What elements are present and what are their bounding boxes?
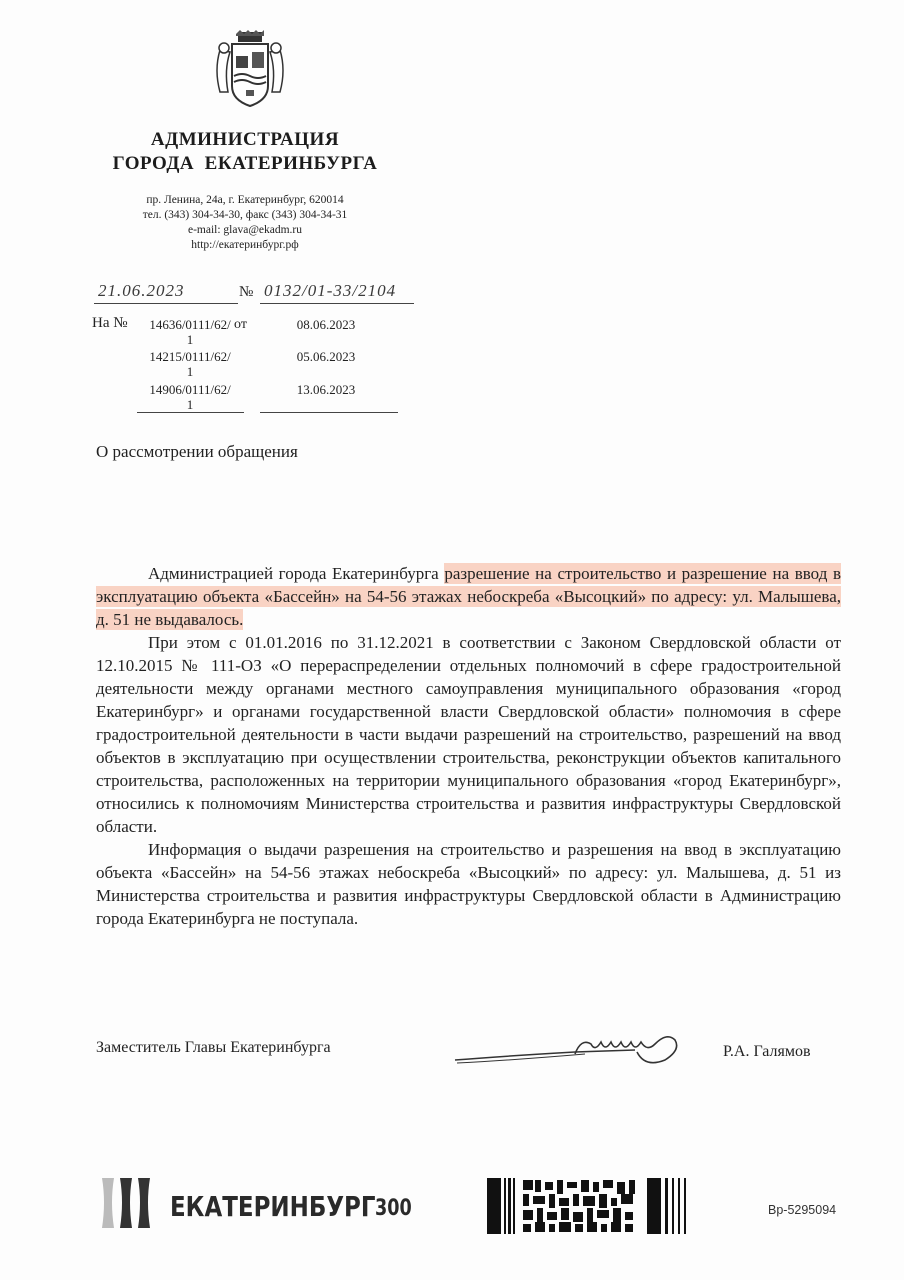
reference-number: 14906/0111/62/ 1 — [136, 382, 244, 412]
reference-date: 08.06.2023 — [260, 317, 392, 333]
registration-row: 21.06.2023 № 0132/01-33/2104 — [92, 281, 432, 305]
org-address: пр. Ленина, 24а, г. Екатеринбург, 620014 — [90, 193, 400, 208]
org-title-line1: АДМИНИСТРАЦИЯ — [90, 128, 400, 152]
registration-number-label: № — [239, 284, 253, 301]
body-paragraph-1: Администрацией города Екатеринбурга разр… — [96, 562, 841, 631]
reference-number-line: 1 — [136, 364, 244, 379]
registration-date: 21.06.2023 — [94, 281, 238, 304]
pdf417-barcode-icon — [487, 1178, 699, 1234]
reference-number-line: 1 — [136, 332, 244, 347]
letter-body: Администрацией города Екатеринбурга разр… — [96, 562, 841, 930]
logo-text: ЕКАТЕРИНБУРГ — [170, 1190, 375, 1223]
paragraph-lead: Администрацией города Екатеринбурга — [148, 564, 444, 583]
reference-block: На № от 14636/0111/62/ 1 08.06.2023 1421… — [92, 315, 392, 425]
letter-subject: О рассмотрении обращения — [96, 442, 298, 462]
reference-number-line: 1 — [136, 397, 244, 412]
registration-number: 0132/01-33/2104 — [260, 281, 414, 304]
reference-underline — [137, 412, 244, 413]
organization-contacts: пр. Ленина, 24а, г. Екатеринбург, 620014… — [90, 193, 400, 253]
reference-number-line: 14636/0111/62/ — [136, 317, 244, 332]
logo-anniversary: 300 — [375, 1196, 412, 1221]
reference-number: 14636/0111/62/ 1 — [136, 317, 244, 347]
org-email: e-mail: glava@ekadm.ru — [90, 223, 400, 238]
coat-of-arms-icon — [200, 30, 300, 110]
signer-title: Заместитель Главы Екатеринбурга — [96, 1039, 331, 1057]
ekaterinburg-300-logo: ЕКАТЕРИНБУРГ 300 — [100, 1172, 460, 1232]
reference-prefix: На № — [92, 315, 128, 332]
organization-title: АДМИНИСТРАЦИЯ ГОРОДА ЕКАТЕРИНБУРГА — [90, 128, 400, 176]
org-website: http://екатеринбург.рф — [90, 238, 400, 253]
reference-underline — [260, 412, 398, 413]
reference-number-line: 14906/0111/62/ — [136, 382, 244, 397]
reference-date: 13.06.2023 — [260, 382, 392, 398]
body-paragraph-3: Информация о выдачи разрешения на строит… — [96, 838, 841, 930]
logo-mark-icon — [100, 1176, 160, 1230]
signer-name: Р.А. Галямов — [723, 1043, 811, 1061]
reference-number-line: 14215/0111/62/ — [136, 349, 244, 364]
document-id: Вр-5295094 — [768, 1203, 836, 1217]
reference-date: 05.06.2023 — [260, 349, 392, 365]
org-title-line2: ГОРОДА ЕКАТЕРИНБУРГА — [90, 152, 400, 176]
handwritten-signature-icon — [445, 1030, 705, 1070]
org-phone-fax: тел. (343) 304-34-30, факс (343) 304-34-… — [90, 208, 400, 223]
reference-number: 14215/0111/62/ 1 — [136, 349, 244, 379]
body-paragraph-2: При этом с 01.01.2016 по 31.12.2021 в со… — [96, 631, 841, 838]
